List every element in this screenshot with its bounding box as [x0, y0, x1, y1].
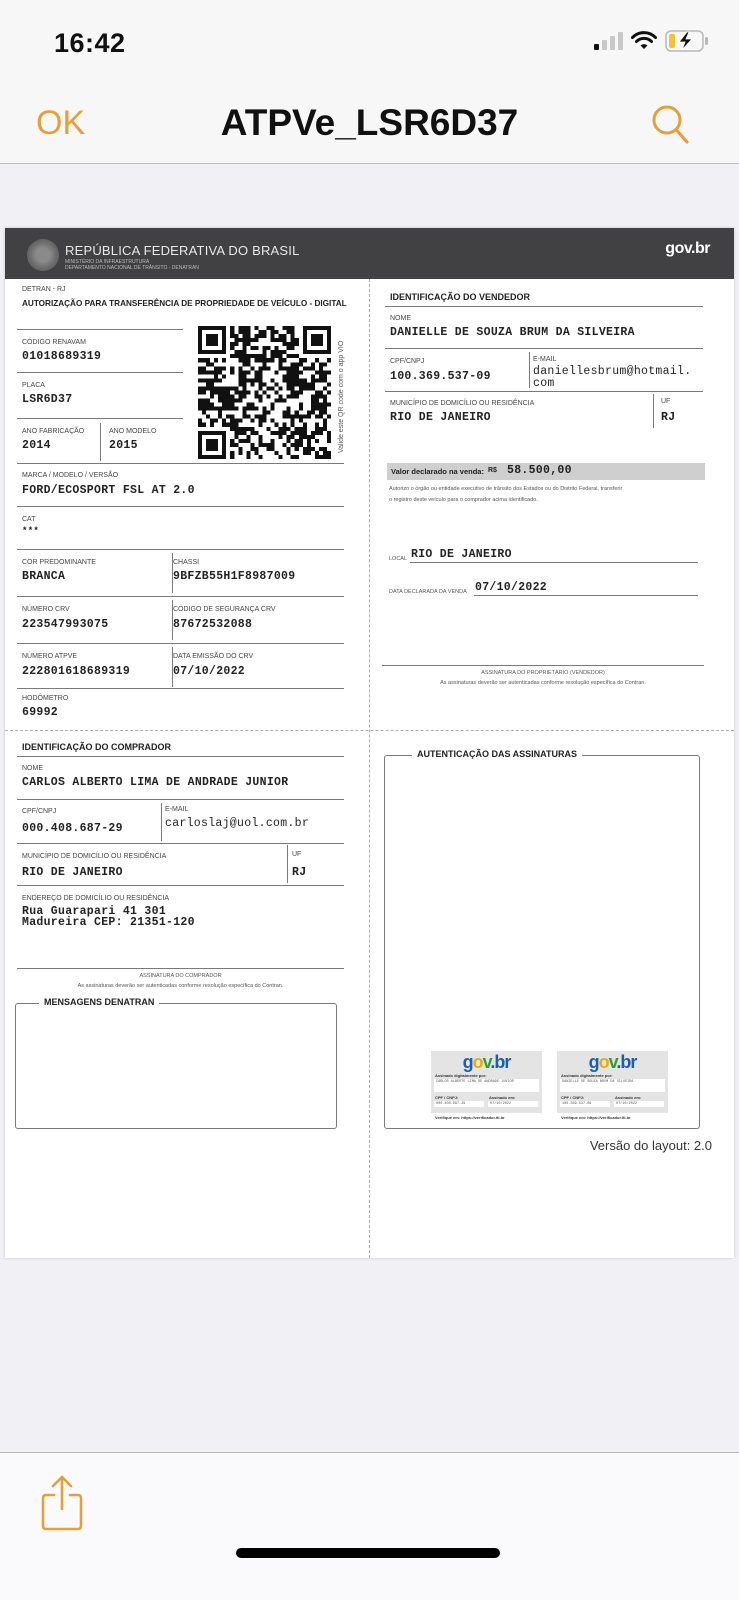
crv-value: 223547993075 — [22, 618, 108, 631]
vertical-cut-line — [369, 279, 370, 1258]
stamp-cpf-value: 100.369.537-09 — [560, 1101, 610, 1107]
atpve-label: NÚMERO ATPVe — [22, 653, 77, 660]
status-bar: 16:42 — [0, 0, 739, 90]
doc-main-title: AUTORIZAÇÃO PARA TRANSFERÊNCIA DE PROPRI… — [22, 299, 347, 308]
divider — [17, 549, 344, 550]
divider — [17, 463, 344, 464]
seller-name-label: NOME — [390, 315, 411, 322]
document-title: ATPVe_LSR6D37 — [0, 102, 739, 144]
divider — [17, 885, 344, 886]
cor-label: COR PREDOMINANTE — [22, 559, 96, 566]
seller-section-title: IDENTIFICAÇÃO DO VENDEDOR — [390, 292, 530, 302]
buyer-cpf-label: CPF/CNPJ — [22, 808, 56, 815]
buyer-cpf-value: 000.408.687-29 — [22, 822, 123, 835]
ano-modelo-value: 2015 — [109, 439, 138, 452]
signature-stamp-seller: gov.br Assinado digitalmente por: DANIEL… — [557, 1051, 668, 1113]
republic-title: REPÚBLICA FEDERATIVA DO BRASIL — [65, 243, 300, 258]
divider — [17, 643, 344, 644]
buyer-uf-label: UF — [292, 851, 301, 858]
buyer-name-label: NOME — [22, 765, 43, 772]
search-button[interactable] — [651, 104, 691, 151]
stamp-date-value: 07/10/2022 — [488, 1101, 538, 1107]
search-icon — [651, 104, 691, 146]
document-page: REPÚBLICA FEDERATIVA DO BRASIL MINISTÉRI… — [5, 228, 734, 1258]
divider — [17, 372, 183, 373]
buyer-municipio-label: MUNICÍPIO DE DOMICÍLIO OU RESIDÊNCIA — [22, 853, 166, 860]
divider — [529, 352, 530, 388]
signature-stamp-buyer: gov.br Assinado digitalmente por: CARLOS… — [431, 1051, 542, 1113]
stamp-date-label: Assinado em: — [489, 1095, 515, 1100]
stamp-signer-name: DANIELLE DE SOUZA BRUM DA SILVEIRA — [560, 1079, 665, 1092]
seguranca-value: 87672532088 — [173, 618, 252, 631]
seller-municipio-label: MUNICÍPIO DE DOMICÍLIO OU RESIDÊNCIA — [390, 400, 534, 407]
seller-uf-value: RJ — [661, 411, 675, 424]
cat-value: *** — [22, 526, 39, 536]
autenticacao-box: AUTENTICAÇÃO DAS ASSINATURAS gov.br Assi… — [384, 755, 700, 1129]
marca-value: FORD/ECOSPORT FSL AT 2.0 — [22, 484, 195, 497]
divider — [17, 418, 183, 419]
emissao-label: DATA EMISSÃO DO CRV — [173, 653, 253, 660]
signal-icon — [593, 31, 623, 51]
divider — [17, 799, 344, 800]
cat-label: CAT — [22, 516, 35, 523]
qr-caption: Valide este QR code com o app VIO — [338, 341, 345, 453]
document-viewer[interactable]: REPÚBLICA FEDERATIVA DO BRASIL MINISTÉRI… — [0, 165, 739, 1452]
detran-label: DETRAN - RJ — [22, 286, 66, 293]
crv-label: NÚMERO CRV — [22, 606, 70, 613]
buyer-uf-value: RJ — [292, 866, 306, 879]
stamp-cpf-label: CPF / CNPJ: — [435, 1095, 458, 1100]
hodometro-value: 69992 — [22, 706, 58, 719]
chassi-label: CHASSI — [173, 559, 199, 566]
stamp-cpf-value: 000.408.687-29 — [434, 1101, 484, 1107]
buyer-endereco-line2: Madureira CEP: 21351-120 — [22, 917, 195, 928]
placa-label: PLACA — [22, 382, 45, 389]
seller-email-label: E-MAIL — [533, 356, 556, 363]
divider — [410, 562, 698, 563]
renavam-label: CÓDIGO RENAVAM — [22, 339, 86, 346]
govbr-stamp-logo: gov.br — [557, 1052, 668, 1073]
nav-bar: OK ATPVe_LSR6D37 — [0, 90, 739, 164]
buyer-signature-note: As assinaturas deverão ser autenticadas … — [17, 983, 344, 989]
buyer-section-title: IDENTIFICAÇÃO DO COMPRADOR — [22, 742, 171, 752]
seller-name-value: DANIELLE DE SOUZA BRUM DA SILVEIRA — [390, 326, 635, 339]
document-header: REPÚBLICA FEDERATIVA DO BRASIL MINISTÉRI… — [5, 228, 734, 279]
data-venda-label: DATA DECLARADA DA VENDA — [389, 589, 467, 595]
divider — [385, 391, 703, 392]
seller-cpf-label: CPF/CNPJ — [390, 358, 424, 365]
valor-value: 58.500,00 — [507, 464, 572, 477]
status-time: 16:42 — [54, 28, 126, 59]
seguranca-label: CÓDIGO DE SEGURANÇA CRV — [173, 606, 276, 613]
valor-label: Valor declarado na venda: — [391, 467, 484, 476]
qr-code — [198, 326, 331, 459]
stamp-signed-by-label: Assinado digitalmente por: — [435, 1073, 487, 1078]
divider — [17, 596, 344, 597]
buyer-email-label: E-MAIL — [165, 806, 188, 813]
seller-email-value-cont: com — [533, 377, 555, 390]
buyer-name-value: CARLOS ALBERTO LIMA DE ANDRADE JUNIOR — [22, 776, 288, 789]
divider — [17, 688, 344, 689]
marca-label: MARCA / MODELO / VERSÃO — [22, 472, 118, 479]
divider — [17, 843, 344, 844]
divider — [287, 845, 288, 883]
brazil-emblem-icon — [27, 239, 59, 271]
bottom-toolbar — [0, 1452, 739, 1600]
ano-fabricacao-label: ANO FABRICAÇÃO — [22, 428, 84, 435]
data-venda-value: 07/10/2022 — [475, 581, 547, 594]
stamp-date-label: Assinado em: — [615, 1095, 641, 1100]
govbr-stamp-logo: gov.br — [431, 1052, 542, 1073]
stamp-verify-text: Verifique em: https://verificador.iti.br — [435, 1115, 505, 1120]
divider — [385, 306, 703, 307]
chassi-value: 9BFZB55H1F8987009 — [173, 570, 295, 583]
divider — [474, 595, 698, 596]
battery-charging-icon — [665, 30, 709, 52]
authorization-text-2: o registro deste veículo para o comprado… — [389, 497, 538, 503]
stamp-verify-text: Verifique em: https://verificador.iti.br — [561, 1115, 631, 1120]
mensagens-denatran-title: MENSAGENS DENATRAN — [39, 997, 159, 1007]
department-label: DEPARTAMENTO NACIONAL DE TRÂNSITO - DENA… — [65, 265, 199, 271]
buyer-signature-line — [17, 968, 344, 969]
local-value: RIO DE JANEIRO — [411, 548, 512, 561]
emissao-value: 07/10/2022 — [173, 665, 245, 678]
ano-modelo-label: ANO MODELO — [109, 428, 156, 435]
divider — [17, 756, 344, 757]
buyer-email-value: carloslaj@uol.com.br — [165, 817, 309, 830]
currency-label: R$ — [488, 467, 497, 474]
seller-email-value: daniellesbrum@hotmail. — [533, 365, 691, 378]
layout-version: Versão do layout: 2.0 — [590, 1138, 712, 1153]
placa-value: LSR6D37 — [22, 393, 72, 406]
stamp-signer-name: CARLOS ALBERTO LIMA DE ANDRADE JUNIOR — [434, 1079, 539, 1092]
divider — [17, 506, 344, 507]
horizontal-cut-line — [5, 730, 734, 731]
divider — [100, 423, 101, 461]
local-label: LOCAL — [389, 556, 407, 562]
status-icons — [593, 30, 709, 52]
ano-fabricacao-value: 2014 — [22, 439, 51, 452]
buyer-endereco-label: ENDEREÇO DE DOMICÍLIO OU RESIDÊNCIA — [22, 895, 169, 902]
govbr-logo: gov.br — [665, 240, 710, 258]
seller-uf-label: UF — [661, 398, 670, 405]
divider — [161, 803, 162, 841]
autenticacao-title: AUTENTICAÇÃO DAS ASSINATURAS — [412, 749, 582, 759]
stamp-signed-by-label: Assinado digitalmente por: — [561, 1073, 613, 1078]
home-indicator — [236, 1548, 500, 1558]
wifi-icon — [631, 31, 657, 51]
hodometro-label: HODÔMETRO — [22, 695, 68, 702]
seller-signature-label: ASSINATURA DO PROPRIETÁRIO (VENDEDOR) — [382, 670, 704, 676]
atpve-value: 222801618689319 — [22, 665, 130, 678]
stamp-cpf-label: CPF / CNPJ: — [561, 1095, 584, 1100]
renavam-value: 01018689319 — [22, 350, 101, 363]
share-button[interactable] — [40, 1475, 84, 1536]
authorization-text-1: Autorizo o órgão ou entidade executivo d… — [389, 486, 622, 492]
seller-cpf-value: 100.369.537-09 — [390, 370, 491, 383]
seller-municipio-value: RIO DE JANEIRO — [390, 411, 491, 424]
mensagens-denatran-box: MENSAGENS DENATRAN — [15, 1003, 337, 1129]
divider — [653, 394, 654, 428]
buyer-municipio-value: RIO DE JANEIRO — [22, 866, 123, 879]
cor-value: BRANCA — [22, 570, 65, 583]
divider — [385, 348, 703, 349]
buyer-signature-label: ASSINATURA DO COMPRADOR — [17, 973, 344, 979]
seller-signature-note: As assinaturas deverão ser autenticadas … — [382, 680, 704, 686]
share-icon — [40, 1475, 84, 1531]
stamp-date-value: 07/10/2022 — [614, 1101, 664, 1107]
valor-bar: Valor declarado na venda: R$ 58.500,00 — [387, 463, 705, 480]
seller-signature-line — [382, 665, 704, 666]
divider — [17, 329, 183, 330]
